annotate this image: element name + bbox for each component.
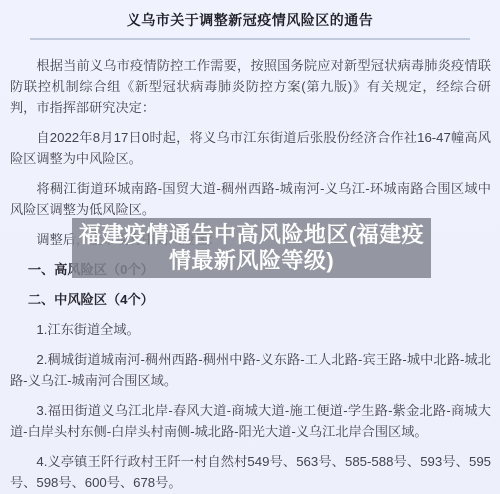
risk-area-item-3: 3.福田街道义乌江北岸-春风大道-商城大道-施工便道-学生路-紫金北路-商城大道… — [10, 400, 491, 442]
risk-area-item-1: 1.江东街道全域。 — [10, 319, 491, 340]
paragraph-adjust-high-to-medium: 自2022年8月17日0时起，将义乌市江东街道后张股份经济合作社16-47幢高风… — [10, 127, 491, 169]
paragraph-basis: 根据当前义乌市疫情防控工作需要，按照国务院应对新型冠状病毒肺炎疫情联防联控机制综… — [10, 55, 491, 118]
risk-area-item-2: 2.稠城街道城南河-稠州西路-稠州中路-义东路-工人北路-宾王路-城中北路-城北… — [10, 349, 491, 391]
paragraph-adjust-medium-to-low: 将稠江街道环城南路-国贸大道-稠州西路-城南河-义乌江-环城南路合围区域中风险区… — [10, 178, 491, 220]
overlay-banner-line-2: 情最新风险等级) — [72, 248, 431, 274]
notice-header: 义乌市关于调整新冠疫情风险区的通告 — [0, 0, 500, 40]
notice-page: 义乌市关于调整新冠疫情风险区的通告 根据当前义乌市疫情防控工作需要，按照国务院应… — [0, 0, 500, 494]
risk-area-item-4: 4.义亭镇王阡行政村王阡一村自然村549号、563号、585-588号、593号… — [10, 451, 491, 493]
notice-title: 义乌市关于调整新冠疫情风险区的通告 — [0, 10, 500, 30]
overlay-banner-line-1: 福建疫情通告中高风险地区(福建疫 — [72, 222, 431, 248]
section-heading-medium-risk: 二、中风险区（4个） — [10, 289, 491, 310]
overlay-article-title-banner: 福建疫情通告中高风险地区(福建疫 情最新风险等级) — [72, 218, 431, 278]
